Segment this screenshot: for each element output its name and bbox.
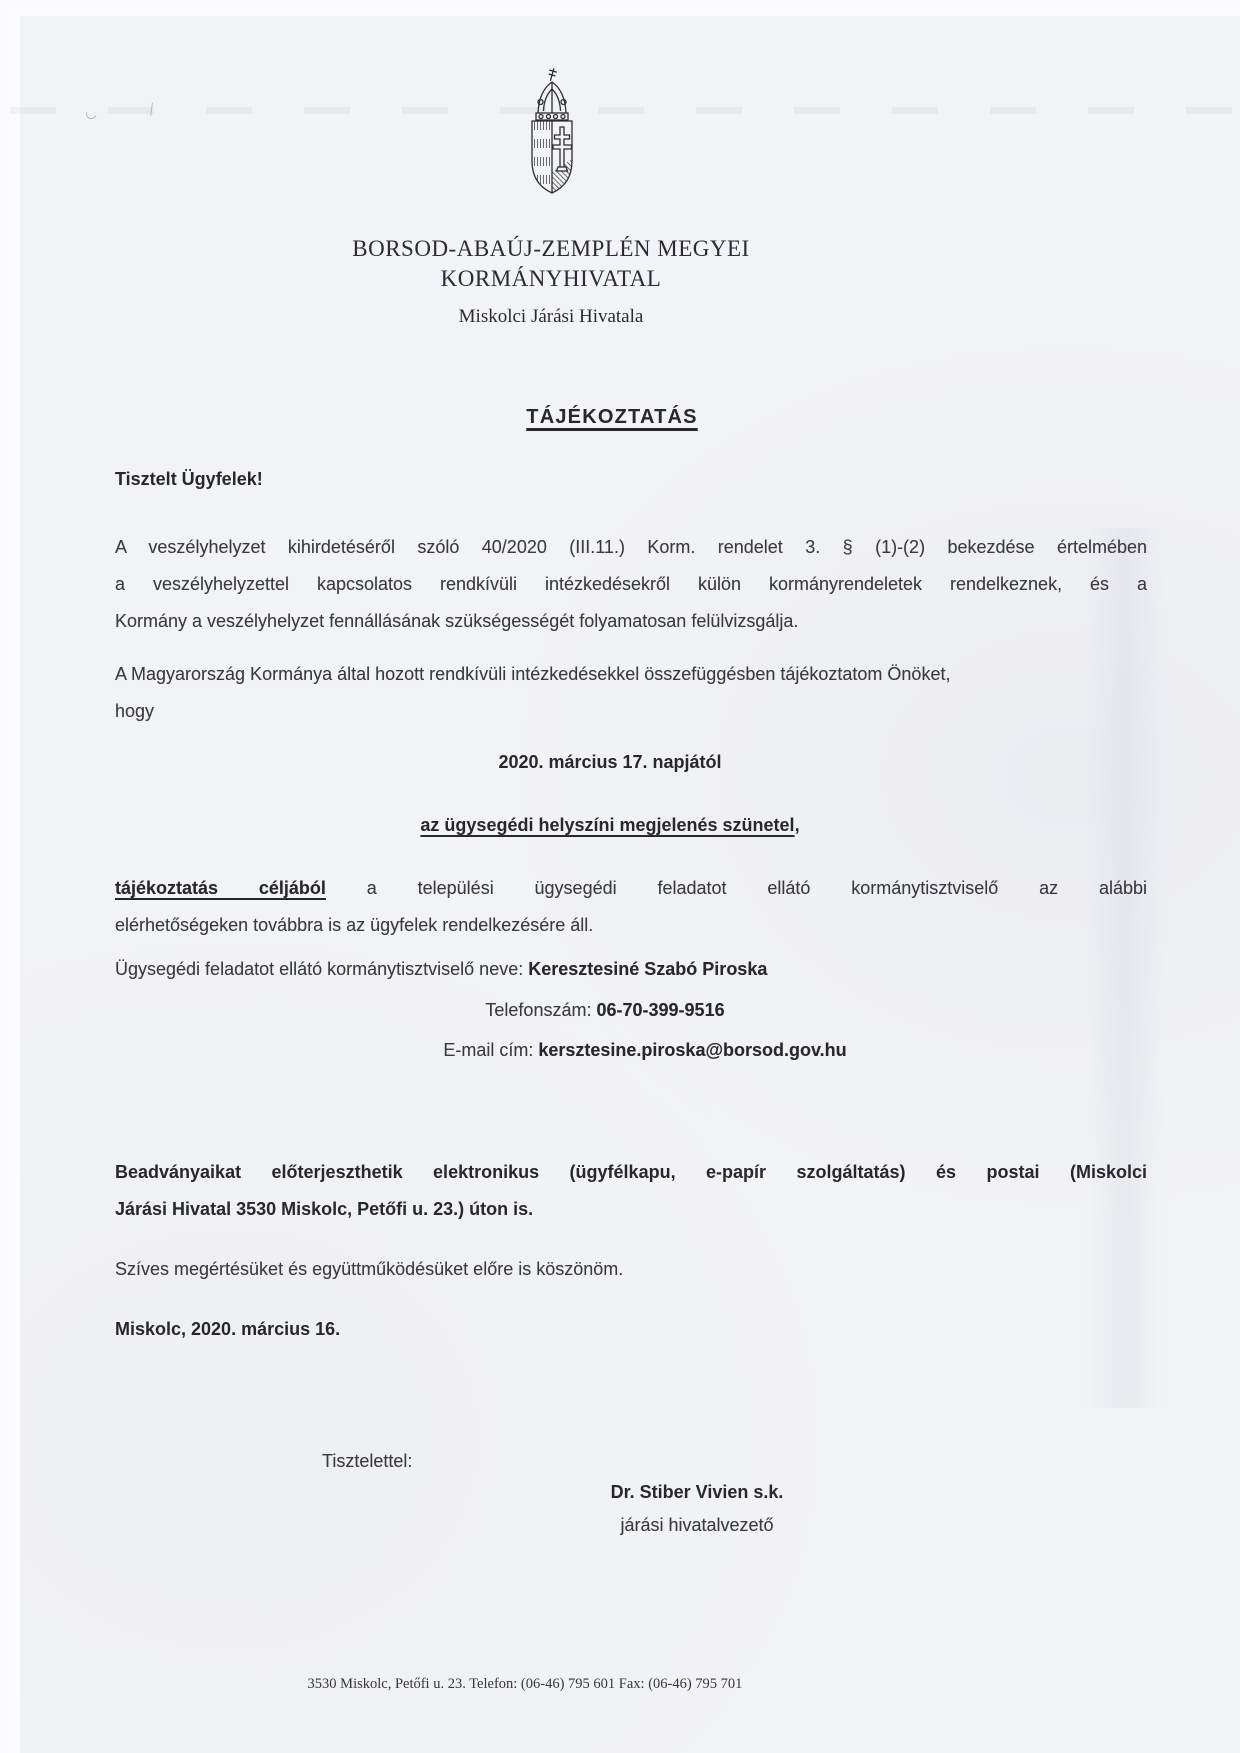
contact-email-label: E-mail cím: [443, 1040, 533, 1060]
suspension-underlined-text: az ügysegédi helyszíni megjelenés szünet… [420, 815, 794, 835]
scan-edge-top [10, 8, 1240, 16]
scan-smudge [150, 103, 156, 116]
signer-title: járási hivatalvezető [530, 1509, 864, 1542]
contact-email-value: kersztesine.piroska@borsod.gov.hu [538, 1040, 846, 1060]
org-name-line1: BORSOD-ABAÚJ-ZEMPLÉN MEGYEI [10, 236, 1092, 262]
paragraph-line: A Magyarország Kormánya által hozott ren… [115, 656, 1147, 693]
paragraph-line: tájékoztatás céljából a települési ügyse… [115, 870, 1147, 907]
place-date-line: Miskolc, 2020. március 16. [115, 1319, 340, 1340]
scan-streak [10, 107, 1240, 114]
paragraph-inform: A Magyarország Kormánya által hozott ren… [115, 656, 1147, 730]
paragraph-line: Járási Hivatal 3530 Miskolc, Petőfi u. 2… [115, 1191, 1147, 1228]
paragraph-line: Beadványaikat előterjeszthetik elektroni… [115, 1154, 1147, 1191]
paragraph-line: Kormány a veszélyhelyzet fennállásának s… [115, 603, 1147, 640]
org-name-line2: KORMÁNYHIVATAL [10, 266, 1092, 292]
effective-date: 2020. március 17. napjától [10, 752, 1210, 773]
suspension-notice: az ügysegédi helyszíni megjelenés szünet… [10, 815, 1210, 836]
contact-phone-label: Telefonszám: [485, 1000, 591, 1020]
contact-name-row: Ügysegédi feladatot ellátó kormánytisztv… [115, 959, 767, 980]
availability-lead: tájékoztatás céljából [115, 878, 326, 898]
org-subunit-line: Miskolci Járási Hivatala [10, 306, 1092, 328]
footer-address: 3530 Miskolc, Petőfi u. 23. Telefon: (06… [10, 1676, 1040, 1693]
paragraph-availability: tájékoztatás céljából a települési ügyse… [115, 870, 1147, 944]
signature-block: Dr. Stiber Vivien s.k. járási hivatalvez… [530, 1476, 864, 1542]
paragraph-line: a veszélyhelyzettel kapcsolatos rendkívü… [115, 566, 1147, 603]
availability-line1-rest: a települési ügysegédi feladatot ellátó … [367, 878, 1147, 898]
paragraph-line: hogy [115, 693, 1147, 730]
contact-phone-row: Telefonszám: 06-70-399-9516 [10, 1000, 1200, 1021]
paper-sheet: BORSOD-ABAÚJ-ZEMPLÉN MEGYEI KORMÁNYHIVAT… [10, 8, 1240, 1753]
scanned-letter: { "document": { "crest_icon": "hungary-c… [0, 0, 1240, 1753]
closing-line: Tisztelettel: [322, 1451, 412, 1472]
contact-phone-value: 06-70-399-9516 [596, 1000, 724, 1020]
hungary-coat-of-arms-icon [521, 64, 583, 217]
paragraph-submission: Beadványaikat előterjeszthetik elektroni… [115, 1154, 1147, 1228]
document-title: TÁJÉKOZTATÁS [10, 406, 1214, 429]
suspension-comma: , [795, 815, 800, 835]
signer-name: Dr. Stiber Vivien s.k. [530, 1476, 864, 1509]
paragraph-line: elérhetőségeken továbbra is az ügyfelek … [115, 907, 1147, 944]
paragraph-thanks: Szíves megértésüket és együttműködésüket… [115, 1259, 623, 1280]
salutation: Tisztelt Ügyfelek! [115, 469, 263, 490]
contact-name-value: Keresztesiné Szabó Piroska [528, 959, 767, 979]
paragraph-emergency: A veszélyhelyzet kihirdetéséről szóló 40… [115, 529, 1147, 640]
contact-email-row: E-mail cím: kersztesine.piroska@borsod.g… [10, 1040, 1240, 1061]
contact-name-label: Ügysegédi feladatot ellátó kormánytisztv… [115, 959, 523, 979]
paragraph-line: A veszélyhelyzet kihirdetéséről szóló 40… [115, 529, 1147, 566]
